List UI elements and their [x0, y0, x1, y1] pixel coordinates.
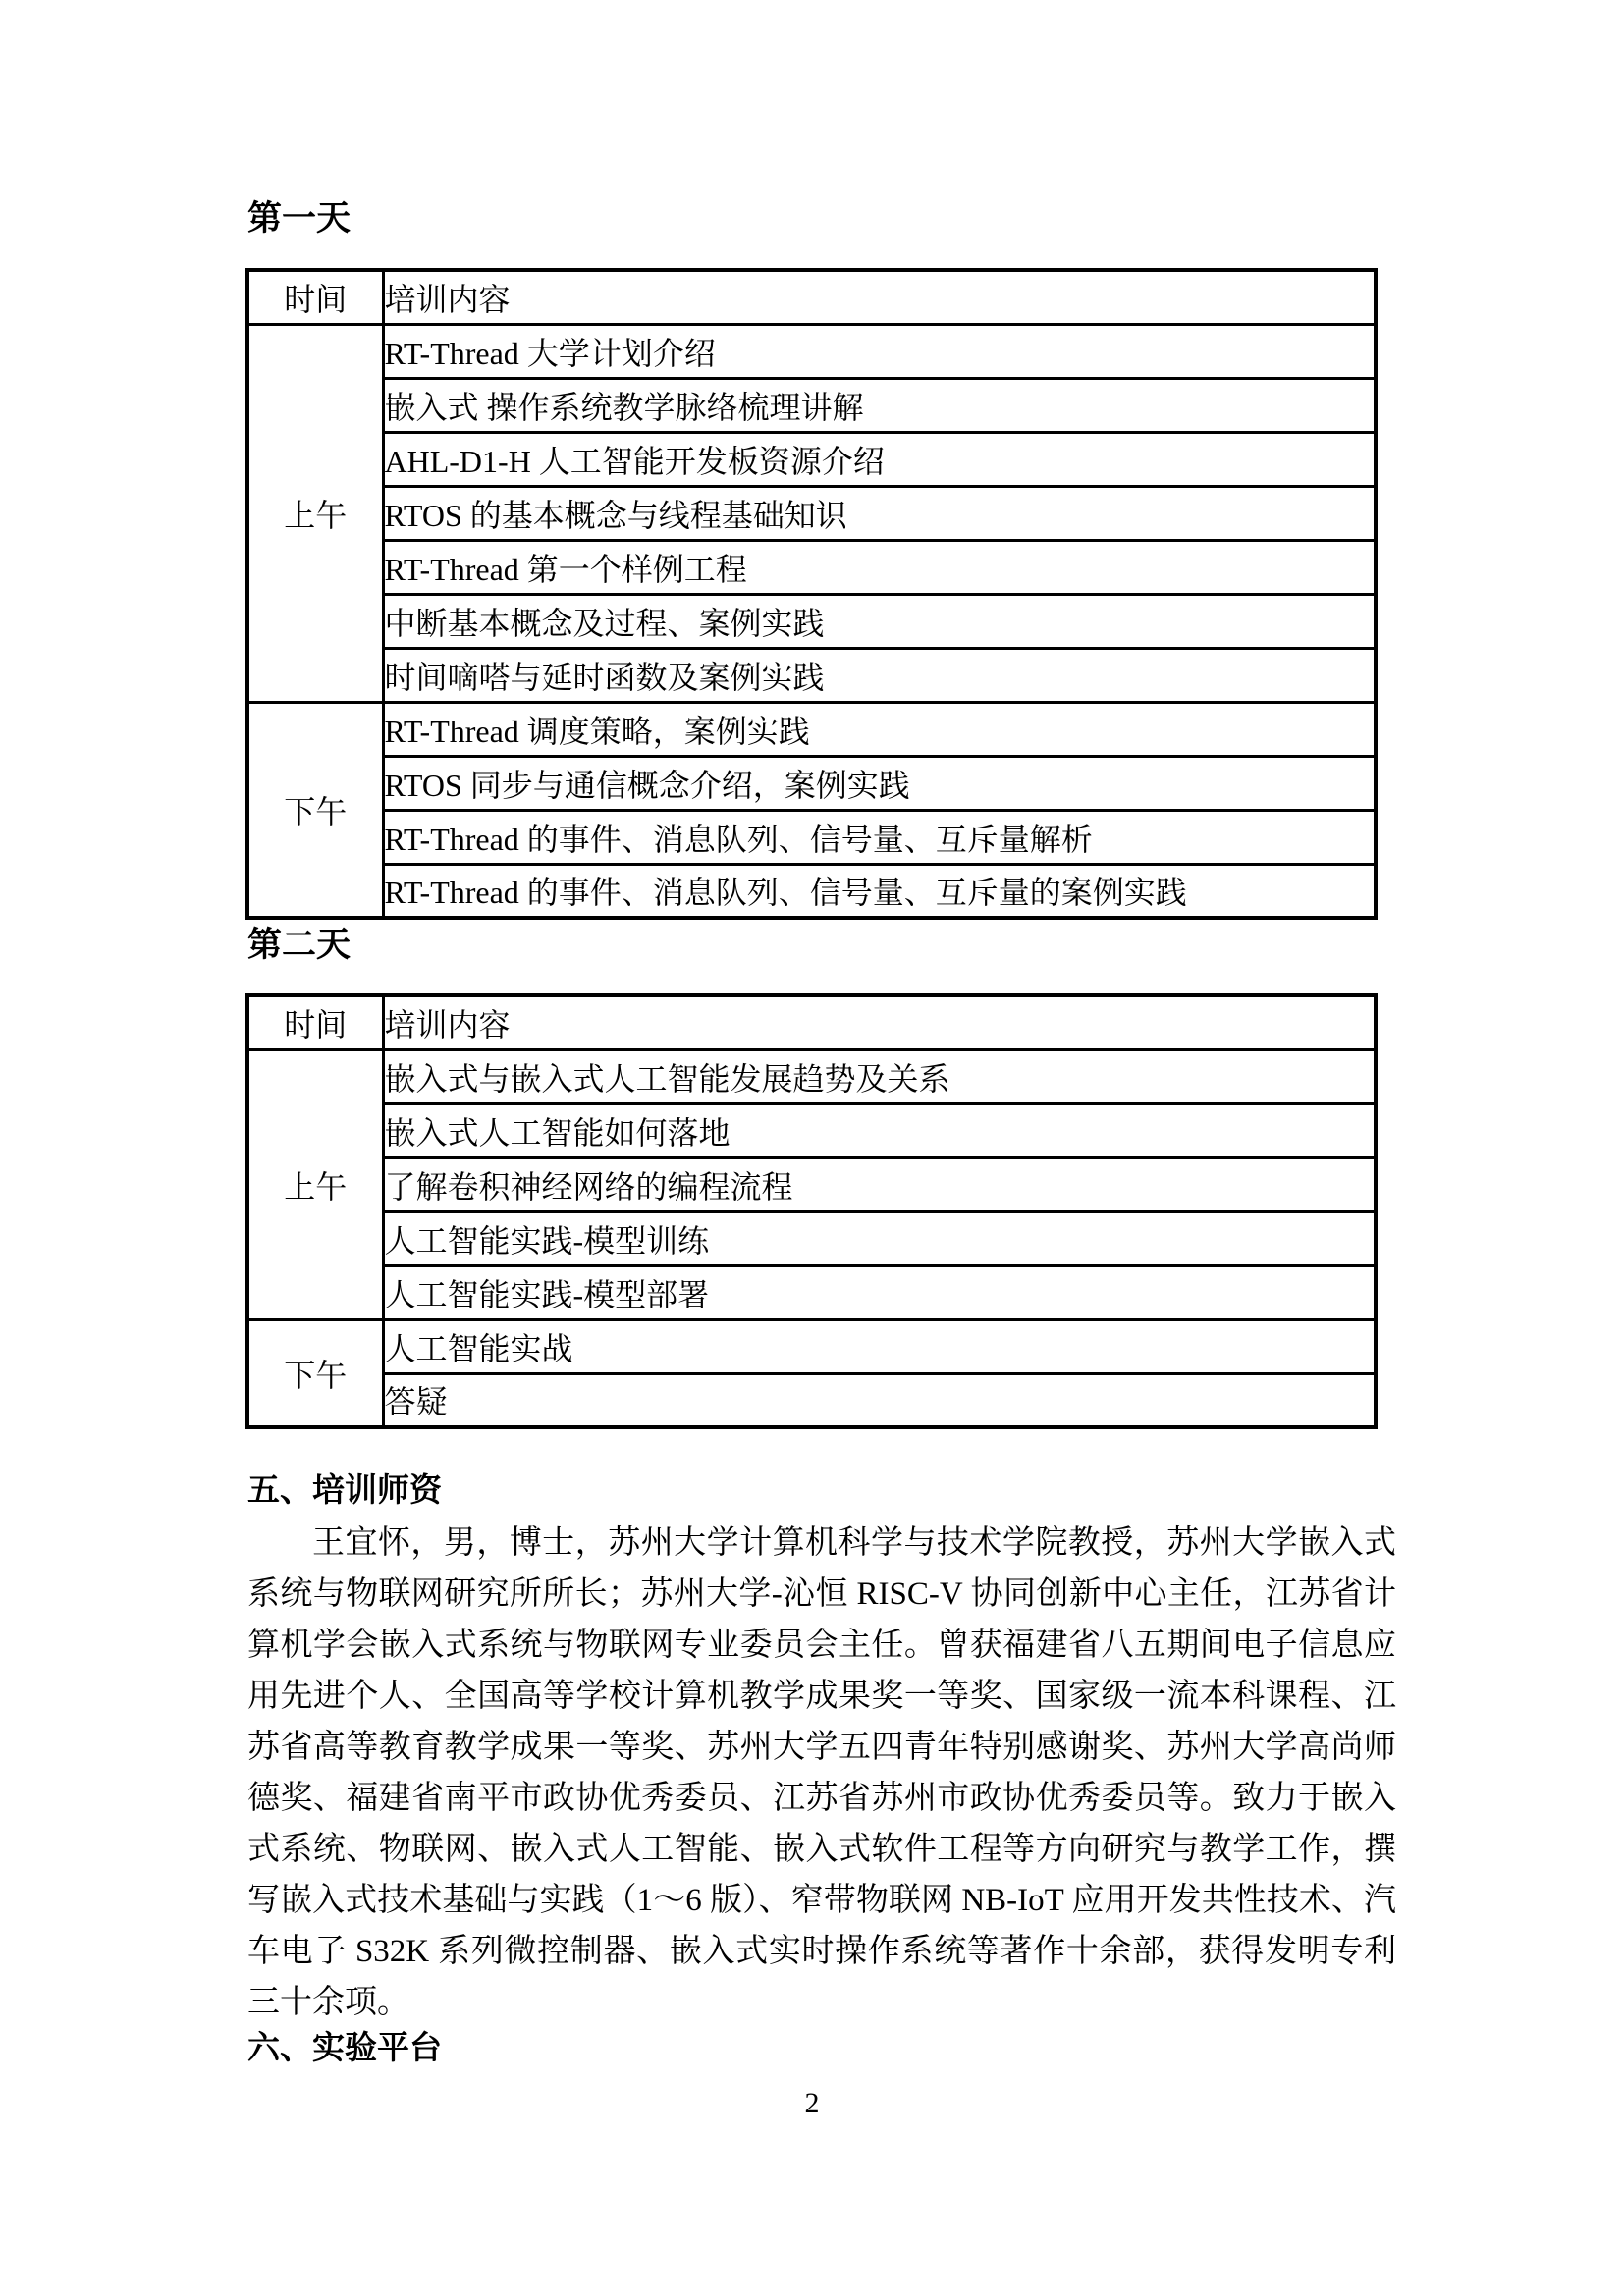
day1-heading: 第一天: [247, 199, 351, 239]
instructor-bio-paragraph: 王宜怀，男，博士，苏州大学计算机科学与技术学院教授，苏州大学嵌入式系统与物联网研…: [247, 1518, 1396, 2028]
course-cell: AHL-D1-H 人工智能开发板资源介绍: [383, 432, 1376, 486]
time-cell-morning: 上午: [247, 324, 383, 702]
table-row: 上午 嵌入式与嵌入式人工智能发展趋势及关系: [247, 1049, 1376, 1103]
table-row: 嵌入式 操作系统教学脉络梳理讲解: [247, 378, 1376, 432]
table-row: 中断基本概念及过程、案例实践: [247, 594, 1376, 648]
course-cell: 人工智能实践-模型训练: [383, 1211, 1376, 1265]
table-row: 人工智能实践-模型训练: [247, 1211, 1376, 1265]
day1-schedule-table: 时间 培训内容 上午 RT-Thread 大学计划介绍 嵌入式 操作系统教学脉络…: [245, 268, 1378, 920]
table-row: 人工智能实践-模型部署: [247, 1265, 1376, 1319]
platform-heading: 六、实验平台: [247, 2028, 442, 2067]
course-cell: 了解卷积神经网络的编程流程: [383, 1157, 1376, 1211]
course-cell: RT-Thread 大学计划介绍: [383, 324, 1376, 378]
table-row: RT-Thread 的事件、消息队列、信号量、互斥量解析: [247, 810, 1376, 864]
table-row: RT-Thread 的事件、消息队列、信号量、互斥量的案例实践: [247, 864, 1376, 918]
table-row: 了解卷积神经网络的编程流程: [247, 1157, 1376, 1211]
course-cell: RT-Thread 的事件、消息队列、信号量、互斥量的案例实践: [383, 864, 1376, 918]
course-cell: RT-Thread 第一个样例工程: [383, 540, 1376, 594]
document-page: 第一天 时间 培训内容 上午 RT-Thread 大学计划介绍 嵌入式 操作系统…: [0, 0, 1624, 2296]
page-number: 2: [0, 2087, 1624, 2120]
table-row: RT-Thread 第一个样例工程: [247, 540, 1376, 594]
course-cell: RT-Thread 调度策略，案例实践: [383, 702, 1376, 756]
table-row: RTOS 同步与通信概念介绍，案例实践: [247, 756, 1376, 810]
table-row: RTOS 的基本概念与线程基础知识: [247, 486, 1376, 540]
time-cell-afternoon: 下午: [247, 1319, 383, 1427]
course-cell: 人工智能实践-模型部署: [383, 1265, 1376, 1319]
course-cell: 嵌入式 操作系统教学脉络梳理讲解: [383, 378, 1376, 432]
table-row: 下午 人工智能实战: [247, 1319, 1376, 1373]
table-header-row: 时间 培训内容: [247, 270, 1376, 324]
table-row: 时间嘀嗒与延时函数及案例实践: [247, 648, 1376, 702]
table-header-row: 时间 培训内容: [247, 995, 1376, 1049]
day2-heading: 第二天: [247, 926, 351, 965]
course-cell: RT-Thread 的事件、消息队列、信号量、互斥量解析: [383, 810, 1376, 864]
course-cell: 人工智能实战: [383, 1319, 1376, 1373]
instructors-heading: 五、培训师资: [247, 1470, 442, 1510]
day2-schedule-table: 时间 培训内容 上午 嵌入式与嵌入式人工智能发展趋势及关系 嵌入式人工智能如何落…: [245, 993, 1378, 1429]
table-row: 答疑: [247, 1373, 1376, 1427]
course-cell: 嵌入式人工智能如何落地: [383, 1103, 1376, 1157]
course-cell: 时间嘀嗒与延时函数及案例实践: [383, 648, 1376, 702]
content-column-header: 培训内容: [383, 270, 1376, 324]
time-column-header: 时间: [247, 270, 383, 324]
course-cell: RTOS 的基本概念与线程基础知识: [383, 486, 1376, 540]
table-row: 上午 RT-Thread 大学计划介绍: [247, 324, 1376, 378]
table-row: 下午 RT-Thread 调度策略，案例实践: [247, 702, 1376, 756]
time-cell-morning: 上午: [247, 1049, 383, 1319]
course-cell: 中断基本概念及过程、案例实践: [383, 594, 1376, 648]
time-column-header: 时间: [247, 995, 383, 1049]
table-row: AHL-D1-H 人工智能开发板资源介绍: [247, 432, 1376, 486]
course-cell: RTOS 同步与通信概念介绍，案例实践: [383, 756, 1376, 810]
course-cell: 答疑: [383, 1373, 1376, 1427]
content-column-header: 培训内容: [383, 995, 1376, 1049]
table-row: 嵌入式人工智能如何落地: [247, 1103, 1376, 1157]
course-cell: 嵌入式与嵌入式人工智能发展趋势及关系: [383, 1049, 1376, 1103]
time-cell-afternoon: 下午: [247, 702, 383, 918]
